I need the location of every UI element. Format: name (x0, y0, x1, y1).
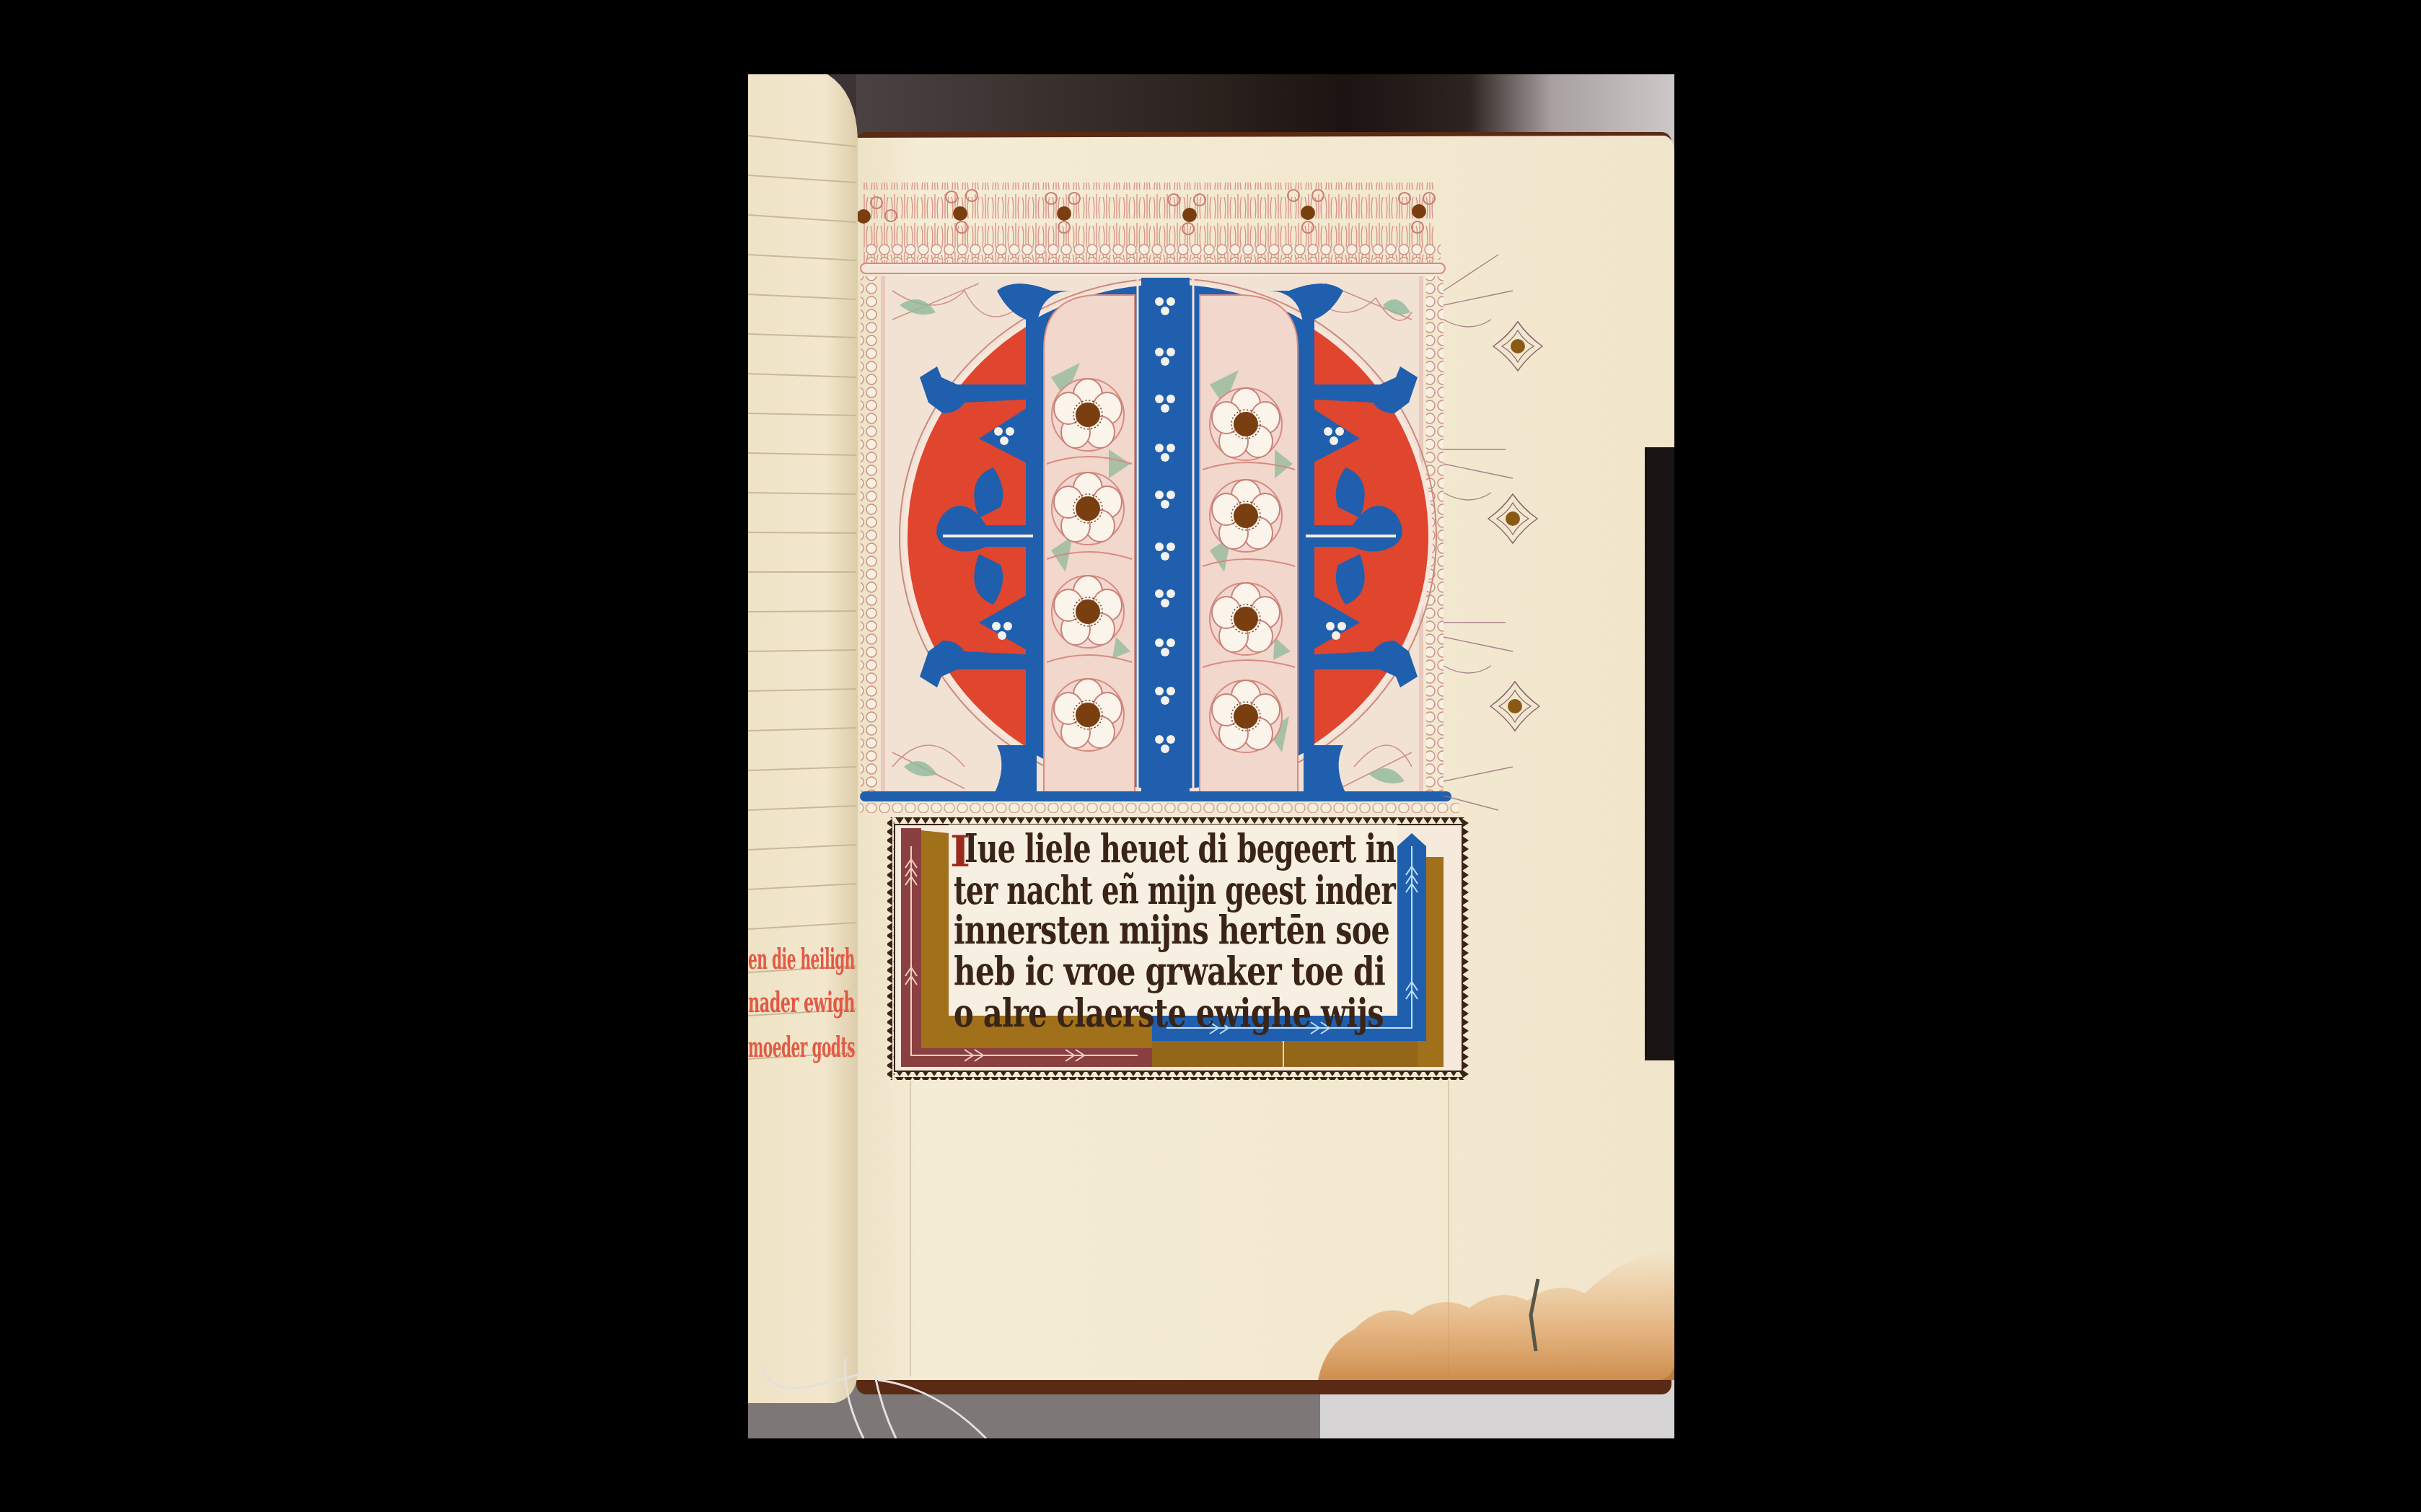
rubric-line: moeder godts (748, 1030, 855, 1064)
text-line: heb ic vroe grwaker toe di (954, 948, 1385, 994)
image-viewer: I Iue liele heuet di begeert in ter nach… (0, 0, 2421, 1512)
manuscript-photo: I Iue liele heuet di begeert in ter nach… (748, 74, 1674, 1438)
text-line: innersten mijns hertēn soe (954, 907, 1389, 953)
text-line: Iue liele heuet di begeert in (965, 825, 1397, 871)
rubric-line: en die heiligh (748, 942, 855, 976)
decorated-initial-m (856, 183, 1542, 813)
text-line: o alre claerste ewighe wijs (954, 990, 1384, 1036)
main-text: Iue liele heuet di begeert in ter nacht … (954, 825, 1397, 1036)
rubric-line: nader ewigh (748, 985, 856, 1019)
